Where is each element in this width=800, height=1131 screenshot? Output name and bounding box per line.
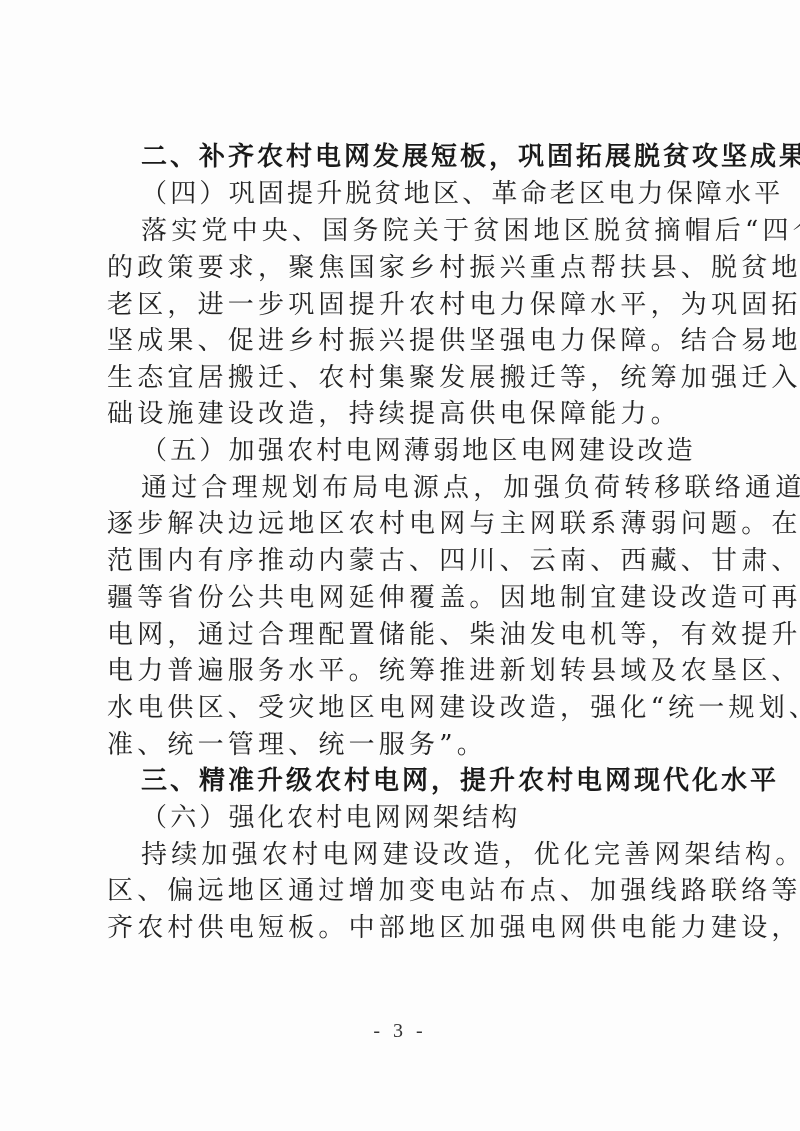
paragraph-line: 坚成果、促进乡村振兴提供坚强电力保障。结合易地帮扶搬迁、 (107, 323, 727, 359)
paragraph-line: 逐步解决边远地区农村电网与主网联系薄弱问题。在合理供电 (107, 506, 727, 542)
paragraph-line: 生态宜居搬迁、农村集聚发展搬迁等，统筹加强迁入地电网基 (107, 360, 727, 396)
document-page: 二、补齐农村电网发展短板，巩固拓展脱贫攻坚成果 （四）巩固提升脱贫地区、革命老区… (0, 0, 800, 1131)
paragraph-line: 持续加强农村电网建设改造，优化完善网架结构。西部地 (141, 837, 727, 873)
paragraph-line: 区、偏远地区通过增加变电站布点、加强线路联络等方式，补 (107, 873, 727, 909)
paragraph-line: 电力普遍服务水平。统筹推进新划转县域及农垦区、林区、小 (107, 653, 727, 689)
paragraph-line: 通过合理规划布局电源点，加强负荷转移联络通道建设， (141, 470, 727, 506)
section-heading-3: 三、精准升级农村电网，提升农村电网现代化水平 (141, 763, 727, 799)
page-number: - 3 - (0, 1020, 800, 1043)
section-heading-2: 二、补齐农村电网发展短板，巩固拓展脱贫攻坚成果 (141, 139, 727, 175)
paragraph-line: 准、统一管理、统一服务”。 (107, 727, 727, 763)
paragraph-line: 齐农村供电短板。中部地区加强电网供电能力建设，着力提升 (107, 910, 727, 946)
paragraph-line: 老区，进一步巩固提升农村电力保障水平，为巩固拓展脱贫攻 (107, 287, 727, 323)
paragraph-line: 的政策要求，聚焦国家乡村振兴重点帮扶县、脱贫地区、革命 (107, 250, 727, 286)
paragraph-line: 水电供区、受灾地区电网建设改造，强化“统一规划、统一标 (107, 690, 727, 726)
paragraph-line: 础设施建设改造，持续提高供电保障能力。 (107, 396, 727, 432)
subsection-heading-5: （五）加强农村电网薄弱地区电网建设改造 (141, 433, 727, 469)
subsection-heading-6: （六）强化农村电网网架结构 (141, 800, 727, 836)
subsection-heading-4: （四）巩固提升脱贫地区、革命老区电力保障水平 (141, 176, 727, 212)
paragraph-line: 落实党中央、国务院关于贫困地区脱贫摘帽后“四个不摘” (141, 213, 727, 249)
paragraph-line: 电网，通过合理配置储能、柴油发电机等，有效提升边远地区 (107, 617, 727, 653)
paragraph-line: 范围内有序推动内蒙古、四川、云南、西藏、甘肃、青海、新 (107, 543, 727, 579)
paragraph-line: 疆等省份公共电网延伸覆盖。因地制宜建设改造可再生能源微 (107, 580, 727, 616)
